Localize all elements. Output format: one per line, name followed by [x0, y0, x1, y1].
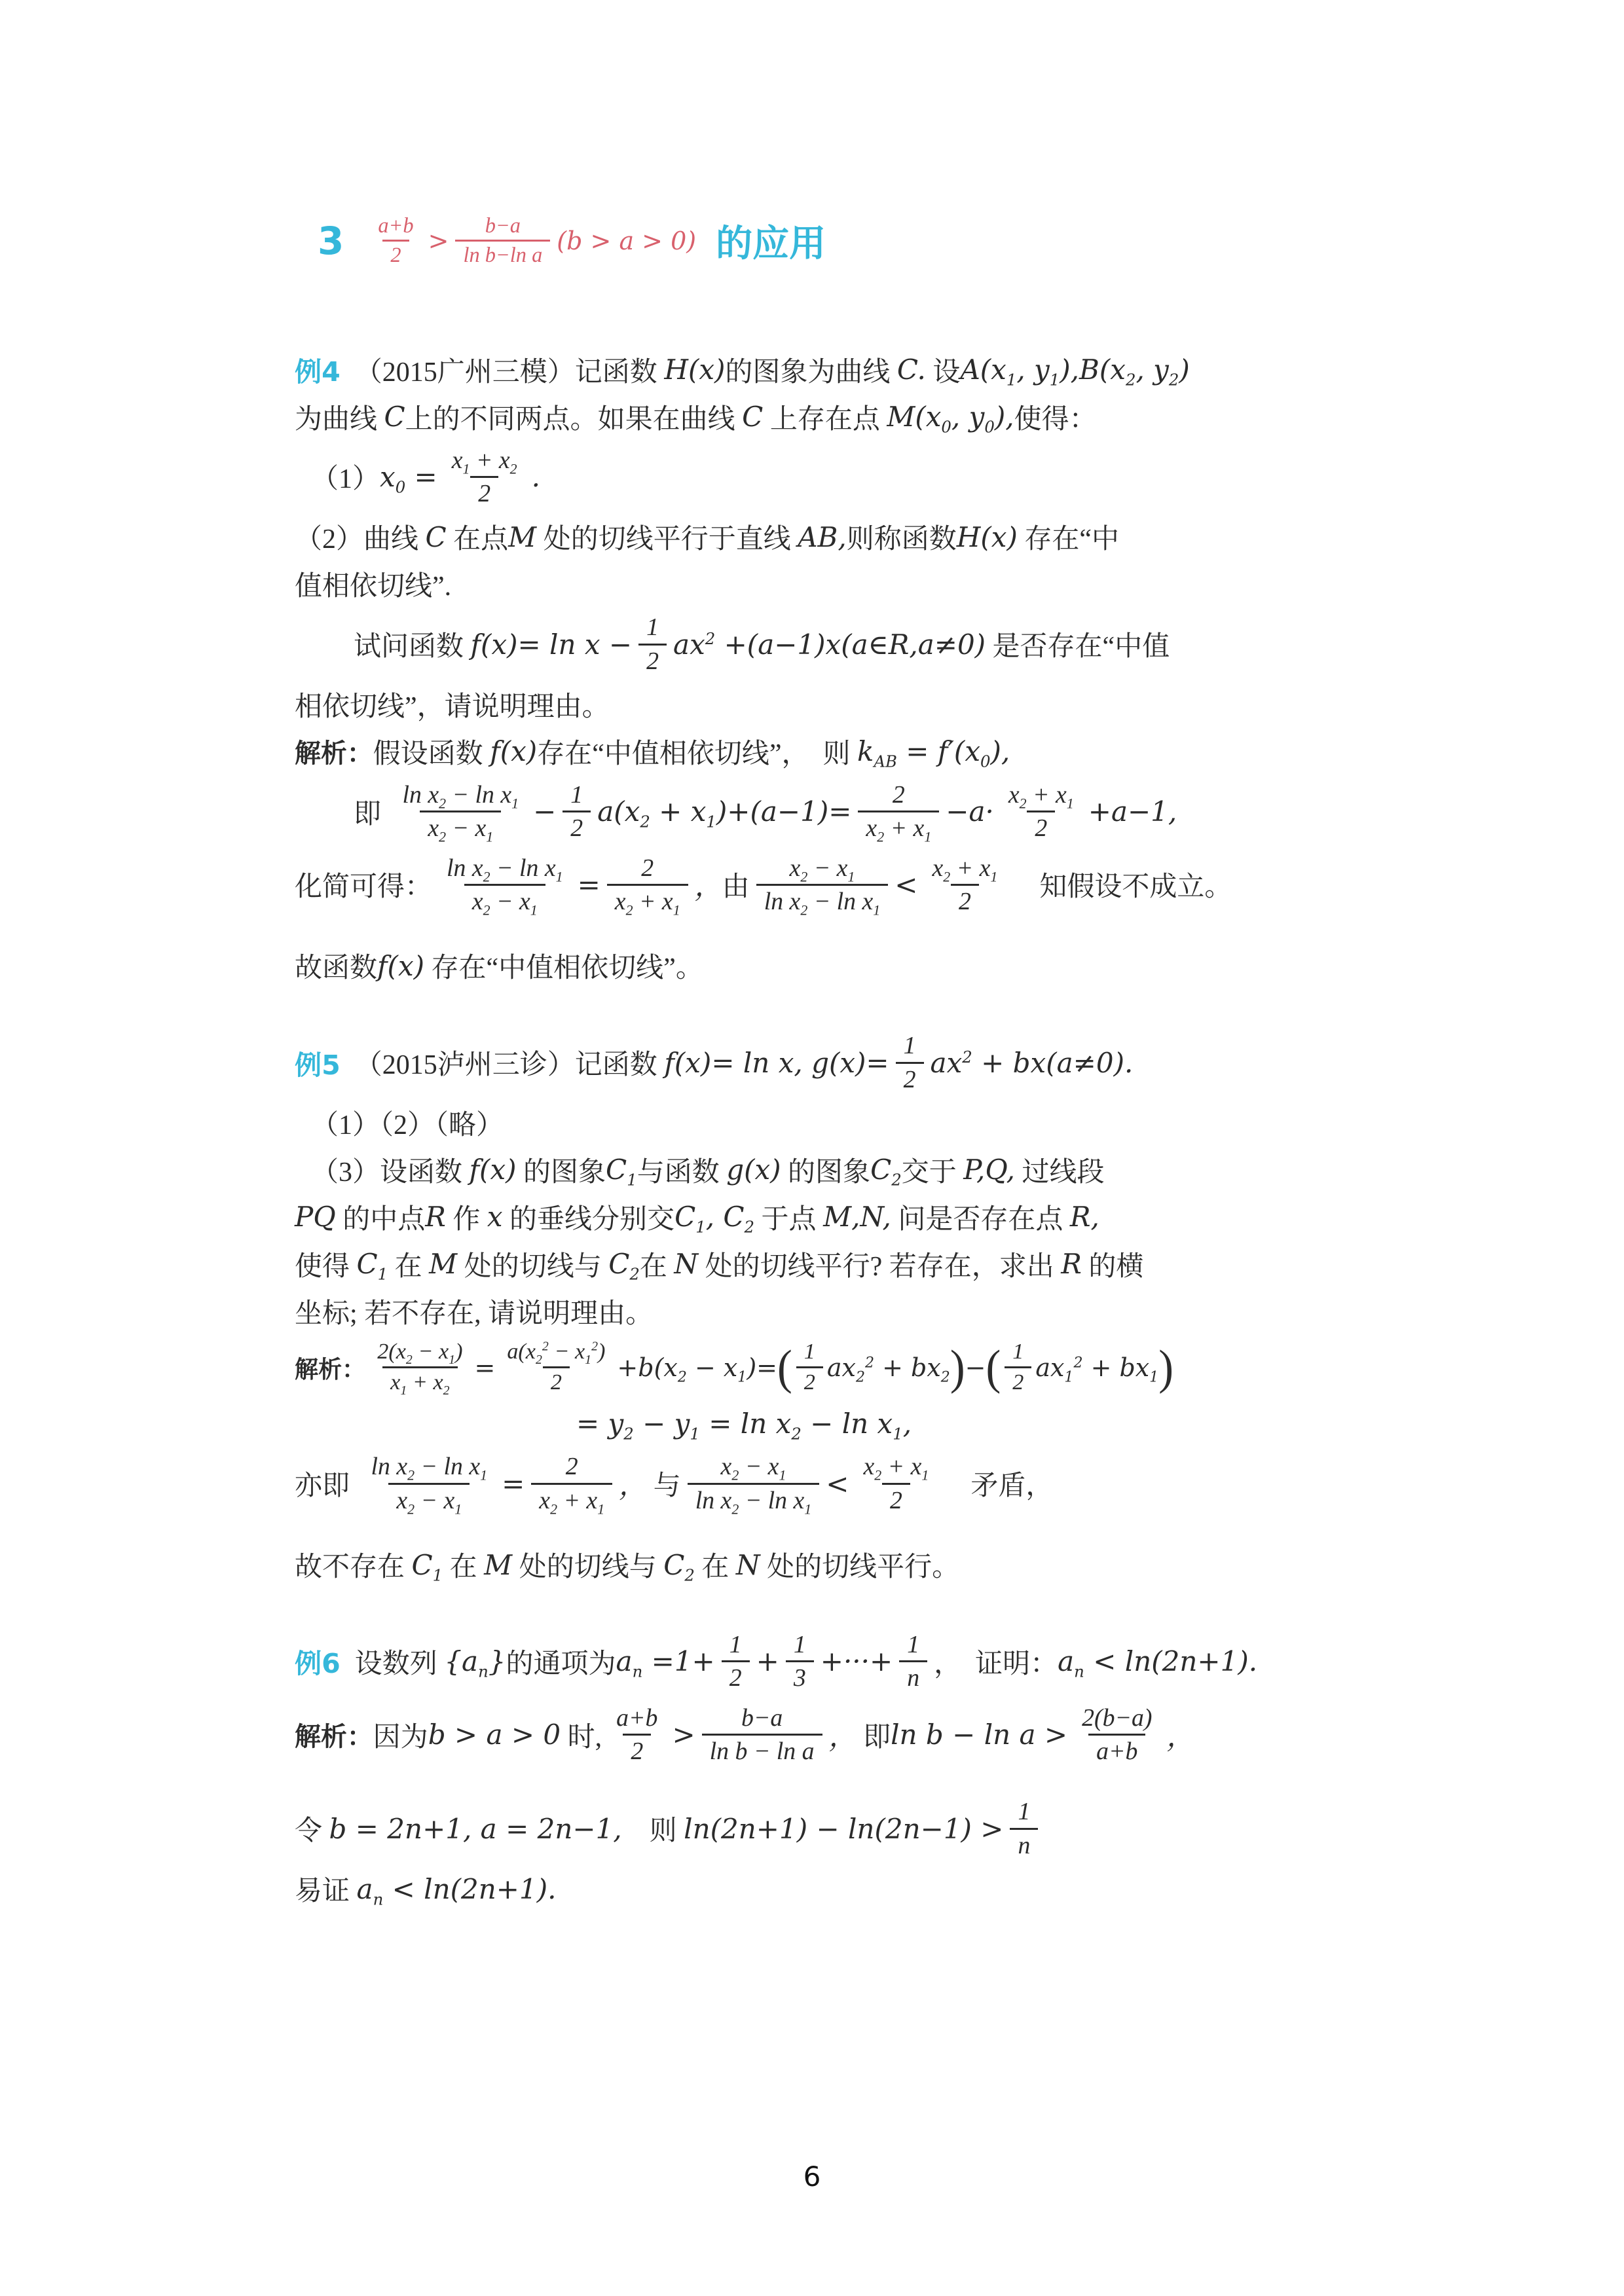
script-text: 1	[990, 868, 997, 884]
script-text: 1	[1067, 795, 1074, 811]
cjk-text: 是否存在“中值	[986, 625, 1170, 664]
fraction-numerator: 1	[1010, 1796, 1038, 1827]
cjk-text: （2）曲线	[295, 517, 426, 556]
fraction-numerator: b−a	[733, 1702, 790, 1734]
cjk-text: ， 证明：	[934, 1642, 1058, 1681]
cjk-text: 试问函数	[354, 625, 471, 664]
math-text: x	[487, 1201, 503, 1233]
math-text: R,	[1070, 1201, 1099, 1233]
fraction-numerator: ln x2 − ln x1	[395, 779, 527, 811]
script-text: 0	[941, 417, 951, 436]
fraction-denominator: 2	[470, 476, 498, 509]
cjk-text: 处的切线平行。	[760, 1545, 960, 1584]
fraction-numerator: 1	[722, 1629, 750, 1660]
text-line: 相依切线”，请说明理由。	[295, 682, 1375, 727]
fraction-denominator: x2 + x1	[607, 884, 688, 917]
cjk-text: 存在“中值相依切线”。	[424, 946, 703, 985]
fraction-denominator: 2	[638, 644, 667, 677]
math-text: AB,	[798, 521, 847, 553]
script-text: 1	[480, 1467, 487, 1484]
script-text: 2	[865, 1355, 874, 1371]
fraction-numerator: ln x2 − ln x1	[439, 852, 571, 884]
script-text: 2	[443, 1383, 450, 1398]
math-text: >	[672, 1719, 695, 1751]
cjk-text: 设	[926, 350, 961, 390]
fraction: x2 − x1ln x2 − ln x1	[756, 852, 889, 918]
math-text: +b(x2 − x1)=	[617, 1353, 777, 1382]
fraction-numerator: ln x2 − ln x1	[363, 1451, 496, 1482]
fraction-denominator: x2 − x1	[464, 884, 545, 917]
script-text: 1	[921, 1467, 929, 1484]
fraction: ln x2 − ln x1x2 − x1	[439, 852, 571, 918]
fraction-numerator: 1	[638, 611, 667, 643]
script-text: 2	[874, 1467, 881, 1484]
cjk-text: 的图象为曲线	[725, 350, 897, 390]
cjk-text: 故不存在	[295, 1545, 412, 1584]
script-text: 1	[486, 829, 493, 845]
math-text: an =1+	[616, 1645, 715, 1677]
text-line: 为曲线 C上的不同两点。如果在曲线 C 上存在点 M(x0, y0),使得：	[295, 395, 1375, 439]
text-line: PQ 的中点R 作 x 的垂线分别交C1, C2 于点 M,N, 问是否存在点 …	[295, 1195, 1375, 1239]
script-text: 1	[1149, 1369, 1158, 1385]
fraction-denominator: 2	[563, 811, 591, 844]
script-text: 1	[1050, 370, 1060, 389]
fraction-denominator: ln b − ln a	[702, 1734, 822, 1767]
math-text: .	[532, 461, 540, 493]
script-text: 2	[591, 1339, 598, 1353]
cjk-text: 知假设不成立。	[1012, 865, 1232, 904]
cjk-text: 由	[722, 865, 750, 904]
script-text: 1	[433, 1565, 443, 1584]
fraction: ln x2 − ln x1x2 − x1	[363, 1451, 496, 1516]
section-example5: 例5（2015泸州三诊）记函数 f(x)= ln x, g(x)=12ax2 +…	[295, 1027, 1375, 1587]
fraction-denominator: x2 − x1	[420, 811, 501, 844]
cjk-text: 假设函数	[373, 732, 490, 771]
cjk-text: 则称函数	[847, 517, 957, 556]
fraction: 2x2 + x1	[531, 1451, 612, 1516]
script-text: 0	[396, 477, 406, 496]
cjk-text: 于点	[754, 1197, 823, 1237]
text-line: 例5（2015泸州三诊）记函数 f(x)= ln x, g(x)=12ax2 +…	[295, 1027, 1375, 1098]
fraction: 12	[638, 611, 667, 677]
example-label: 例6	[295, 1642, 355, 1681]
script-text: 2	[542, 1339, 549, 1353]
script-text: 1	[511, 795, 519, 811]
cjk-text: 处的切线平行于直线	[536, 517, 798, 556]
cjk-text: 在	[443, 1545, 484, 1584]
math-text: <	[895, 869, 917, 901]
script-text: 2	[800, 868, 807, 884]
script-text: 2	[877, 829, 884, 845]
script-text: 1	[893, 1424, 903, 1443]
script-text: 2	[684, 1565, 695, 1584]
fraction-numerator: 2	[558, 1451, 586, 1482]
script-text: 2	[640, 812, 650, 831]
big-paren: (	[986, 1339, 1001, 1395]
script-text: 2	[800, 902, 807, 918]
cjk-text: 过线段	[1015, 1150, 1105, 1190]
script-text: 2	[941, 1369, 950, 1385]
cjk-text: 在	[695, 1545, 736, 1584]
math-text: +a−1,	[1088, 795, 1177, 828]
fraction-denominator: 2	[882, 1483, 910, 1516]
fraction-denominator: 3	[786, 1660, 814, 1694]
fraction-numerator: a+b	[608, 1702, 665, 1734]
fraction-denominator: 2	[896, 1062, 924, 1095]
cjk-text: 与函数	[637, 1150, 727, 1190]
cjk-text: 的图象	[781, 1150, 871, 1190]
math-text: f(x)	[490, 735, 537, 767]
fraction: 12	[722, 1629, 750, 1694]
math-text: C2	[663, 1549, 695, 1581]
section-example4: 例4（2015广州三模）记函数 H(x)的图象为曲线 C. 设A(x1, y1)…	[295, 348, 1375, 989]
text-line: 坐标; 若不存在, 请说明理由。	[295, 1289, 1375, 1334]
big-paren: (	[777, 1339, 792, 1395]
cjk-text: 存在“中	[1018, 517, 1119, 556]
fraction: 1n	[1010, 1796, 1038, 1861]
text-line: 即 ln x2 − ln x1x2 − x1−12a(x2 + x1)+(a−1…	[295, 776, 1375, 847]
fraction-denominator: 2	[382, 240, 409, 269]
math-text: C1, C2	[674, 1201, 754, 1233]
math-text: H(x)	[957, 521, 1018, 553]
text-line: 使得 C1 在 M 处的切线与 C2在 N 处的切线平行? 若存在，求出 R 的…	[295, 1242, 1375, 1286]
math-text: C1	[412, 1549, 443, 1581]
fraction: 2x2 + x1	[607, 852, 688, 918]
cjk-text: 的垂线分别交	[503, 1197, 675, 1237]
script-text: 2	[483, 868, 490, 884]
cjk-text: 问是否存在点	[891, 1197, 1070, 1237]
cjk-text: 交于	[902, 1150, 964, 1190]
script-text: n	[373, 1889, 384, 1908]
fraction-denominator: x2 + x1	[858, 811, 939, 844]
math-text: >	[428, 227, 449, 255]
math-text: = y2 − y1 = ln x2 − ln x1,	[576, 1408, 912, 1440]
cjk-text: 即	[354, 792, 388, 831]
cjk-text: 在点	[447, 517, 509, 556]
math-text: (b > a > 0)	[557, 227, 696, 255]
math-text: M	[484, 1549, 512, 1581]
math-text: ax12 + bx1	[1035, 1353, 1158, 1382]
fraction-numerator: x2 + x1	[1001, 779, 1082, 811]
text-line: 例4（2015广州三模）记函数 H(x)的图象为曲线 C. 设A(x1, y1)…	[295, 348, 1375, 392]
script-text: 2	[856, 1369, 865, 1385]
cjk-text: （2015泸州三诊）记函数	[355, 1043, 665, 1082]
script-text: 1	[463, 460, 470, 477]
cjk-text: 矛盾，	[943, 1464, 1053, 1503]
fraction-numerator: x2 + x1	[924, 852, 1005, 884]
script-text: 2	[678, 1369, 687, 1385]
script-text: 0	[984, 417, 995, 436]
fraction: 12	[1005, 1338, 1031, 1398]
script-text: 1	[449, 1353, 455, 1367]
script-text: 1	[706, 812, 716, 831]
script-text: 2	[407, 1467, 415, 1484]
text-line: 例6设数列 {an}的通项为an =1+12+13+···+1n， 证明：an …	[295, 1626, 1375, 1697]
math-text: C2	[870, 1154, 902, 1186]
text-line: 故不存在 C1 在 M 处的切线与 C2 在 N 处的切线平行。	[295, 1542, 1375, 1587]
script-text: 2	[626, 902, 633, 918]
script-text: 1	[627, 1171, 637, 1190]
fraction-numerator: 1	[896, 1030, 924, 1061]
text-line: （3）设函数 f(x) 的图象C1与函数 g(x) 的图象C2交于 P,Q, 过…	[295, 1148, 1375, 1192]
fraction: x2 + x12	[855, 1451, 936, 1516]
math-text: <	[826, 1468, 849, 1500]
script-text: 2	[439, 829, 446, 845]
text-line: = y2 − y1 = ln x2 − ln x1,	[295, 1401, 1375, 1446]
document-content: 3 a+b2>b−aln b−ln a(b > a > 0) 的应用 例4（20…	[295, 210, 1375, 1950]
math-text: N	[674, 1248, 698, 1280]
script-text: 2	[1169, 370, 1179, 389]
cjk-text: 的中点	[336, 1197, 426, 1237]
section-number: 3	[318, 219, 344, 263]
text-line: 解析：2(x2 − x1)x1 + x2=a(x22 − x12)2+b(x2 …	[295, 1336, 1375, 1399]
fraction-denominator: 2	[543, 1366, 570, 1397]
fraction-numerator: 2	[885, 779, 913, 811]
math-text: ln b − ln a >	[891, 1719, 1067, 1751]
fraction-numerator: 1	[899, 1629, 927, 1660]
script-text: 2	[791, 1424, 802, 1443]
math-text: an < ln(2n+1).	[357, 1873, 557, 1905]
math-text: M(x0, y0),	[887, 401, 1014, 433]
math-text: =	[502, 1468, 525, 1500]
cjk-text: 设数列	[355, 1642, 445, 1681]
script-text: 1	[597, 1501, 604, 1517]
script-text: 1	[1006, 370, 1017, 389]
math-text: ax2 + bx(a≠0).	[931, 1047, 1134, 1079]
fraction: ln x2 − ln x1x2 − x1	[395, 779, 527, 845]
math-text: PQ	[295, 1201, 336, 1233]
math-text: ，	[829, 1715, 857, 1755]
cjk-text: （1）	[311, 457, 380, 496]
big-paren: )	[950, 1339, 965, 1395]
math-text: f(x)	[470, 1154, 517, 1186]
fraction: 12	[896, 1030, 924, 1095]
math-text: −a·	[946, 795, 994, 828]
script-text: 1	[454, 1501, 462, 1517]
text-line: （1）（2）（略）	[295, 1101, 1375, 1145]
cjk-text: 上存在点	[763, 397, 887, 437]
fraction: a+b2	[370, 212, 421, 270]
fraction-denominator: ln x2 − ln x1	[688, 1483, 820, 1516]
math-text: M	[508, 521, 536, 553]
cjk-text: 值相依切线”.	[295, 564, 451, 604]
bold-label: 解析：	[295, 733, 373, 770]
fraction: 2(x2 − x1)x1 + x2	[369, 1338, 470, 1398]
cjk-text: 的横	[1082, 1245, 1144, 1284]
fraction-denominator: 2	[1005, 1366, 1031, 1397]
script-text: 2	[406, 1353, 413, 1367]
text-line: 值相依切线”.	[295, 562, 1375, 606]
text-line: 令 b = 2n+1, a = 2n−1, 则 ln(2n+1) − ln(2n…	[295, 1793, 1375, 1864]
math-text: M	[429, 1248, 457, 1280]
script-text: 2	[891, 1171, 902, 1190]
script-text: 0	[980, 752, 991, 771]
math-text: P,Q,	[963, 1154, 1015, 1186]
math-text: f(x)	[377, 950, 424, 982]
text-line: （2）曲线 C 在点M 处的切线平行于直线 AB,则称函数H(x) 存在“中	[295, 515, 1375, 559]
math-text: a(x2 + x1)+(a−1)=	[597, 795, 851, 828]
cjk-text: 则	[622, 1809, 684, 1848]
math-text: R	[1061, 1248, 1082, 1280]
fraction-denominator: n	[1010, 1828, 1038, 1861]
math-text: +	[756, 1645, 779, 1677]
text-line: 试问函数 f(x)= ln x −12ax2 +(a−1)x(a∈R,a≠0) …	[295, 609, 1375, 680]
fraction-denominator: 2	[951, 884, 979, 917]
fraction: a+b2	[608, 1702, 665, 1768]
math-text: C.	[897, 354, 926, 386]
fraction: 2x2 + x1	[858, 779, 939, 845]
fraction: x2 + x12	[924, 852, 1005, 918]
script-text: 1	[779, 1467, 786, 1484]
fraction-numerator: x2 − x1	[782, 852, 863, 884]
section-heading: 3 a+b2>b−aln b−ln a(b > a > 0) 的应用	[295, 210, 1375, 272]
section-example6: 例6设数列 {an}的通项为an =1+12+13+···+1n， 证明：an …	[295, 1626, 1375, 1911]
fraction: b−aln b−ln a	[455, 212, 550, 270]
math-text: C	[384, 401, 405, 433]
fraction-denominator: 2	[623, 1734, 651, 1767]
fraction-numerator: 2	[633, 852, 661, 884]
script-text: 1	[695, 1218, 706, 1237]
math-text: b = 2n+1, a = 2n−1,	[329, 1813, 622, 1845]
script-text: n	[478, 1662, 489, 1681]
math-text: b > a > 0	[428, 1719, 561, 1751]
cjk-text: 故函数	[295, 946, 377, 985]
script-text: 2	[439, 795, 446, 811]
script-text: n	[1074, 1662, 1084, 1681]
cjk-text: 因为	[373, 1715, 428, 1755]
cjk-text: 时,	[561, 1715, 602, 1755]
script-text: 2	[483, 902, 490, 918]
big-paren: )	[1158, 1339, 1173, 1395]
script-text: 2	[536, 1353, 542, 1367]
fraction: 1n	[899, 1629, 927, 1694]
cjk-text: 亦即	[295, 1464, 357, 1503]
cjk-text: 使得	[295, 1245, 357, 1284]
math-text: +···+	[821, 1645, 893, 1677]
fraction-denominator: 2	[722, 1660, 750, 1694]
script-text: 2	[731, 1501, 739, 1517]
fraction: x2 − x1ln x2 − ln x1	[688, 1451, 820, 1516]
math-text: C1	[606, 1154, 637, 1186]
examples-container: 例4（2015广州三模）记函数 H(x)的图象为曲线 C. 设A(x1, y1)…	[295, 348, 1375, 1912]
math-text: {an}	[444, 1645, 506, 1677]
math-text: ，	[619, 1464, 646, 1503]
script-text: 2	[1073, 1355, 1082, 1371]
text-line: 故函数f(x) 存在“中值相依切线”。	[295, 943, 1375, 988]
text-line: 亦即 ln x2 − ln x1x2 − x1=2x2 + x1， 与x2 − …	[295, 1448, 1375, 1519]
fraction: a(x22 − x12)2	[499, 1338, 613, 1398]
script-text: 1	[400, 1383, 407, 1398]
math-text: ，	[695, 865, 722, 904]
script-text: 2	[962, 1048, 972, 1066]
fraction-denominator: a+b	[1088, 1734, 1145, 1767]
script-text: 2	[745, 1218, 755, 1237]
fraction-numerator: 2(b−a)	[1074, 1702, 1160, 1734]
cjk-text: 作	[446, 1197, 487, 1237]
cjk-text: 坐标; 若不存在, 请说明理由。	[295, 1292, 653, 1331]
math-text: N	[736, 1549, 760, 1581]
cjk-text: 与	[646, 1464, 681, 1503]
fraction-numerator: b−a	[477, 212, 528, 240]
cjk-text: 即	[857, 1715, 891, 1755]
script-text: 2	[1126, 370, 1136, 389]
script-text: 1	[1064, 1369, 1073, 1385]
cjk-text: 的通项为	[506, 1642, 616, 1681]
fraction: 12	[563, 779, 591, 845]
script-text: 1	[924, 829, 931, 845]
script-text: 1	[530, 902, 538, 918]
script-text: 1	[873, 902, 880, 918]
math-text: C	[742, 401, 763, 433]
script-text: 1	[673, 902, 680, 918]
math-text: kAB = f′(x0),	[857, 735, 1010, 767]
fraction-denominator: ln b−ln a	[455, 240, 550, 269]
math-text: f(x)= ln x, g(x)=	[664, 1047, 889, 1079]
cjk-text: 存在“中值相依切线”， 则	[537, 732, 857, 771]
script-text: 2	[705, 629, 716, 648]
math-text: C	[426, 521, 447, 553]
math-text: −	[533, 795, 556, 828]
fraction-denominator: n	[899, 1660, 927, 1694]
math-text: ln(2n+1) − ln(2n−1) >	[684, 1813, 1003, 1845]
script-text: 2	[943, 868, 950, 884]
script-text: 1	[737, 1369, 747, 1385]
cjk-text: 易证	[295, 1869, 357, 1908]
math-text: =	[474, 1353, 495, 1382]
script-text: 2	[510, 460, 517, 477]
math-text: g(x)	[726, 1154, 781, 1186]
fraction: b−aln b − ln a	[702, 1702, 822, 1768]
script-text: 2	[629, 1265, 640, 1284]
math-text: x0 =	[380, 461, 437, 493]
fraction-denominator: 2	[1027, 811, 1055, 844]
math-text: ax22 + bx2	[827, 1353, 950, 1382]
heading-formula: a+b2>b−aln b−ln a(b > a > 0)	[363, 210, 696, 272]
fraction-denominator: x2 − x1	[388, 1483, 470, 1516]
math-text: an < ln(2n+1).	[1058, 1645, 1257, 1677]
script-text: 2	[1020, 795, 1027, 811]
fraction: 2(b−a)a+b	[1074, 1702, 1160, 1768]
math-text: f(x)= ln x −	[471, 629, 633, 661]
page-number: 6	[0, 2160, 1624, 2193]
fraction: x1 + x22	[444, 445, 525, 510]
fraction-numerator: a+b	[370, 212, 421, 240]
text-line: 解析：假设函数 f(x)存在“中值相依切线”， 则 kAB = f′(x0),	[295, 729, 1375, 774]
cjk-text: 使得：	[1014, 397, 1097, 437]
cjk-text: 上的不同两点。如果在曲线	[405, 397, 743, 437]
script-text: 2	[550, 1501, 557, 1517]
cjk-text: 为曲线	[295, 397, 384, 437]
text-line: （1）x0 =x1 + x22.	[295, 442, 1375, 513]
math-text: M,N,	[823, 1201, 891, 1233]
script-text: 2	[731, 1467, 739, 1484]
math-text: A(x1, y1),B(x2, y2)	[960, 354, 1189, 386]
math-text: −	[965, 1353, 986, 1382]
fraction-denominator: x1 + x2	[382, 1366, 457, 1397]
fraction-numerator: 1	[563, 779, 591, 811]
cjk-text: 的图象	[517, 1150, 606, 1190]
script-text: n	[633, 1662, 643, 1681]
example-label: 例5	[295, 1044, 355, 1082]
script-text: 1	[690, 1424, 700, 1443]
fraction-numerator: 1	[786, 1629, 814, 1660]
text-line: 解析：因为b > a > 0 时,a+b2>b−aln b − ln a， 即l…	[295, 1700, 1375, 1770]
text-line: 易证 an < ln(2n+1).	[295, 1867, 1375, 1911]
math-text: C2	[608, 1248, 640, 1280]
cjk-text: 相依切线”，请说明理由。	[295, 685, 610, 724]
fraction-numerator: 2(x2 − x1)	[369, 1338, 470, 1366]
math-text: ax2 +(a−1)x(a∈R,a≠0)	[673, 629, 986, 661]
